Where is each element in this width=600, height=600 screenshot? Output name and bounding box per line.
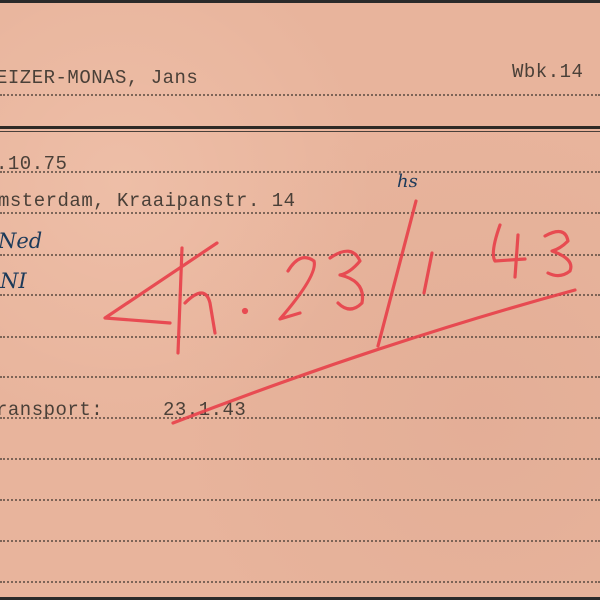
- red-pencil-annotation: [0, 3, 600, 597]
- index-card: EIZER-MONAS, Jans Wbk.14 .10.75 msterdam…: [0, 3, 600, 597]
